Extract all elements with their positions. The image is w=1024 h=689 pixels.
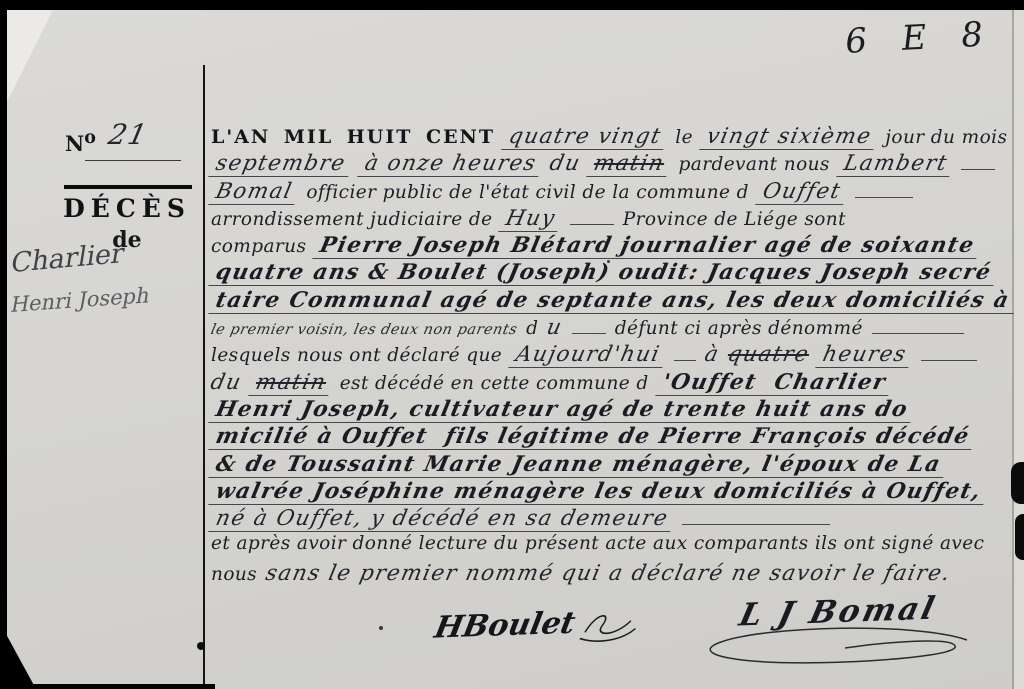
record-number-value: 21	[105, 118, 151, 151]
act-line: septembreà onze heuresdumatinpardevant n…	[211, 151, 995, 178]
handwritten-text: micilié à Ouffet fils légitime de Pierre…	[208, 424, 977, 450]
record-number: No 21	[65, 128, 96, 156]
margin-deceased-surname: Charlier	[9, 238, 127, 279]
printed-form-text: et après avoir donné lecture du présent …	[211, 533, 984, 554]
officer-paraph-icon	[695, 626, 981, 678]
scan-edge-mark	[1015, 514, 1024, 560]
handwritten-text: matin	[248, 370, 334, 396]
handwritten-text: heures	[816, 342, 915, 368]
scan-edge-mark	[1011, 462, 1024, 504]
ink-speck	[607, 260, 610, 263]
record-number-rule	[85, 160, 181, 161]
margin-thick-rule	[64, 185, 192, 189]
ink-dot	[197, 642, 205, 650]
handwritten-text: le premier voisin, les deux non parents	[209, 322, 519, 338]
handwritten-text: walrée Joséphine ménagère les deux domic…	[208, 479, 989, 505]
act-line: walrée Joséphine ménagère les deux domic…	[211, 479, 995, 506]
handwritten-text: sans le premier nommé qui a déclaré ne s…	[263, 561, 953, 586]
act-body: L'AN MIL HUIT CENTquatre vingtlevingt si…	[211, 124, 995, 588]
act-line: le premier voisin, les deux non parentsd…	[211, 315, 995, 342]
printed-form-text: arrondissement judiciaire de	[211, 209, 492, 230]
handwritten-text: 'Ouffet Charlier	[655, 370, 893, 396]
page-fold-strip	[1014, 10, 1024, 689]
printed-form-text: lesquels nous ont déclaré que	[211, 345, 502, 366]
handwritten-text: à onze heures	[357, 151, 544, 177]
act-line: quatre ans & Boulet (Joseph) oudit: Jacq…	[211, 260, 995, 287]
witness-signature-text: HBoulet	[432, 605, 579, 645]
page-fold-line	[1012, 10, 1014, 689]
blank-line	[961, 153, 995, 170]
paper: 6 E 8 No 21 DÉCÈS de Charlier Henri Jose…	[7, 10, 1024, 689]
handwritten-text: né à Ouffet, y décédé en sa demeure	[208, 506, 676, 532]
handwritten-text: Huy	[499, 206, 564, 232]
handwritten-text: quatre ans & Boulet (Joseph) oudit: Jacq…	[208, 260, 999, 286]
printed-form-text: nous	[211, 564, 257, 585]
scan-edge-left	[0, 0, 7, 689]
act-line: dumatinest décédé en cette commune d'Ouf…	[211, 370, 995, 397]
handwritten-text: du	[208, 370, 244, 395]
printed-form-text: comparus	[211, 236, 306, 257]
record-number-label: No	[65, 131, 96, 156]
handwritten-text: Bomal	[208, 179, 300, 205]
handwritten-text: u	[545, 315, 566, 340]
act-line: & de Toussaint Marie Jeanne ménagère, l'…	[211, 452, 995, 479]
printed-form-text: pardevant nous	[679, 154, 830, 175]
act-line: Bomalofficier public de l'état civil de …	[211, 179, 995, 206]
act-line: taire Communal agé de septante ans, les …	[211, 288, 995, 315]
handwritten-text: quatre	[726, 342, 812, 367]
handwritten-text: du	[547, 151, 583, 176]
printed-form-text: d	[526, 318, 538, 339]
handwritten-text: matin	[587, 151, 673, 177]
handwritten-text: taire Communal agé de septante ans, les …	[208, 288, 1024, 314]
blank-line	[682, 508, 830, 525]
archival-corner-note: 6 E 8	[843, 14, 997, 62]
act-line: Henri Joseph, cultivateur agé de trente …	[211, 397, 995, 424]
record-number-sup: o	[84, 128, 96, 148]
blank-line	[921, 344, 977, 361]
witness-paraph-icon	[577, 606, 642, 644]
blank-line	[872, 317, 964, 334]
deces-title: DÉCÈS	[57, 194, 197, 223]
witness-signature: HBoulet	[432, 602, 643, 645]
act-line: noussans le premier nommé qui a déclaré …	[211, 561, 995, 588]
handwritten-text: Henri Joseph, cultivateur agé de trente …	[208, 397, 915, 423]
act-line: L'AN MIL HUIT CENTquatre vingtlevingt si…	[211, 124, 995, 151]
printed-form-text: jour du mois de	[885, 127, 1024, 148]
handwritten-text: Aujourd'hui	[508, 342, 667, 368]
printed-form-text: Province de Liége sont	[623, 209, 846, 230]
handwritten-text: & de Toussaint Marie Jeanne ménagère, l'…	[208, 452, 948, 478]
act-line: arrondissement judiciaire deHuyProvince …	[211, 206, 995, 233]
printed-form-text: est décédé en cette commune d	[340, 373, 649, 394]
act-line: et après avoir donné lecture du présent …	[211, 533, 995, 560]
printed-form-text: défunt ci après dénommé	[615, 318, 863, 339]
act-line: né à Ouffet, y décédé en sa demeure	[211, 506, 995, 533]
handwritten-text: septembre	[208, 151, 353, 177]
handwritten-text: Ouffet	[755, 179, 848, 205]
handwritten-text: vingt sixième	[699, 124, 879, 150]
blank-line	[855, 181, 913, 198]
printed-form-text: officier public de l'état civil de la co…	[306, 182, 749, 203]
margin-deceased-firstnames: Henri Joseph	[9, 283, 152, 317]
handwritten-text: Pierre Joseph Blétard journalier agé de …	[313, 233, 983, 259]
act-line: comparusPierre Joseph Blétard journalier…	[211, 233, 995, 260]
scan-edge-top	[0, 0, 1024, 10]
printed-form-text: le	[675, 127, 693, 148]
ink-speck	[379, 626, 383, 630]
column-separator	[203, 65, 205, 689]
printed-caps-text: L'AN MIL HUIT CENT	[211, 126, 495, 148]
act-line: lesquels nous ont déclaré queAujourd'hui…	[211, 342, 995, 369]
handwritten-text: quatre vingt	[501, 124, 669, 150]
scanned-death-record: 6 E 8 No 21 DÉCÈS de Charlier Henri Jose…	[0, 0, 1024, 689]
handwritten-text: Lambert	[836, 151, 955, 177]
blank-line	[570, 208, 614, 225]
blank-line	[674, 344, 696, 361]
blank-line	[572, 317, 606, 334]
handwritten-text: à	[702, 342, 722, 367]
act-line: micilié à Ouffet fils légitime de Pierre…	[211, 424, 995, 451]
